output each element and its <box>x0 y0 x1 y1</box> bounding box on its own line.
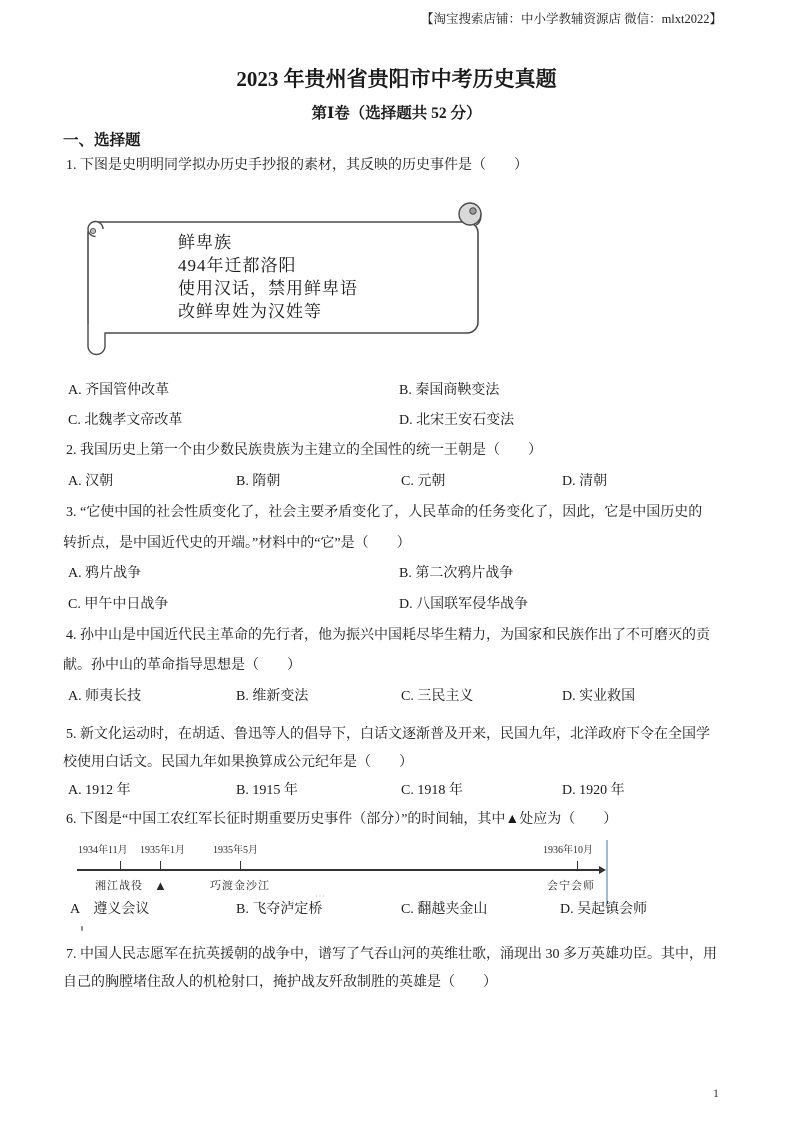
question-1-option-a: A. 齐国管仲改革 <box>68 382 169 400</box>
timeline-axis-line <box>77 869 601 871</box>
question-5-option-c: C. 1918 年 <box>401 782 463 800</box>
question-4-stem-line-2: 献。孙中山的革命指导思想是（ ） <box>63 657 301 675</box>
question-4-option-a: A. 师夷长技 <box>68 688 141 706</box>
question-4-option-d: D. 实业救国 <box>562 688 635 706</box>
timeline-date-1: 1934年11月 <box>78 845 128 856</box>
question-3-stem-line-1: 3. “它使中国的社会性质变化了，社会主要矛盾变化了，人民革命的任务变化了，因此… <box>66 504 702 522</box>
question-2-option-a: A. 汉朝 <box>68 473 113 491</box>
page-number: 1 <box>713 1086 719 1101</box>
question-3-option-d: D. 八国联军侵华战争 <box>399 596 528 614</box>
question-2-stem: 2. 我国历史上第一个由少数民族贵族为主建立的全国性的统一王朝是（ ） <box>66 442 542 460</box>
timeline-event-3: 巧渡金沙江 <box>210 880 270 893</box>
timeline-event-2-triangle-placeholder: ▲ <box>154 879 168 892</box>
timeline-event-1: 湘江战役 <box>95 880 143 893</box>
question-5-option-d: D. 1920 年 <box>562 782 625 800</box>
timeline-date-2: 1935年1月 <box>140 845 185 856</box>
question-2-option-d: D. 清朝 <box>562 473 607 491</box>
question-4-option-b: B. 维新变法 <box>236 688 308 706</box>
question-6-option-a: A 遵义会议 <box>70 901 149 919</box>
exam-document-page: 【淘宝搜索店铺：中小学教辅资源店 微信：mlxt2022】 2023 年贵州省贵… <box>0 0 793 1122</box>
question-1-option-d: D. 北宋王安石变法 <box>399 412 514 430</box>
scroll-line-1: 鲜卑族 <box>178 233 232 253</box>
page-title: 2023 年贵州省贵阳市中考历史真题 <box>0 67 793 92</box>
question-2-option-b: B. 隋朝 <box>236 473 280 491</box>
question-5-option-b: B. 1915 年 <box>236 782 298 800</box>
question-3-stem-line-2: 转折点，是中国近代史的开端。”材料中的“它”是（ ） <box>63 535 411 553</box>
page-subtitle: 第Ⅰ卷（选择题共 52 分） <box>0 104 793 123</box>
question-1-option-b: B. 秦国商鞅变法 <box>399 382 499 400</box>
section-heading: 一、选择题 <box>63 131 141 150</box>
scroll-line-3: 使用汉话，禁用鲜卑语 <box>178 279 358 299</box>
cursor-line <box>606 840 608 904</box>
scroll-line-4: 改鲜卑姓为汉姓等 <box>178 302 322 322</box>
timeline-date-4: 1936年10月 <box>543 845 593 856</box>
long-march-timeline-figure: 1934年11月 1935年1月 1935年5月 1936年10月 湘江战役 ▲… <box>0 838 793 906</box>
scan-artifact-mark <box>81 926 83 931</box>
question-1-option-c: C. 北魏孝文帝改革 <box>68 412 182 430</box>
question-4-stem-line-1: 4. 孙中山是中国近代民主革命的先行者，他为振兴中国耗尽毕生精力，为国家和民族作… <box>66 627 710 645</box>
question-2-option-c: C. 元朝 <box>401 473 445 491</box>
timeline-arrow <box>599 866 606 874</box>
question-1-stem: 1. 下图是史明明同学拟办历史手抄报的素材，其反映的历史事件是（ ） <box>66 157 528 175</box>
timeline-event-4: 会宁会师 <box>547 880 595 893</box>
question-6-option-c: C. 翻越夹金山 <box>401 901 487 919</box>
question-3-option-a: A. 鸦片战争 <box>68 565 141 583</box>
question-3-option-c: C. 甲午中日战争 <box>68 596 168 614</box>
question-6-option-d: D. 吴起镇会师 <box>560 901 647 919</box>
question-3-option-b: B. 第二次鸦片战争 <box>399 565 513 583</box>
timeline-date-3: 1935年5月 <box>213 845 258 856</box>
scroll-line-2: 494年迁都洛阳 <box>178 256 297 276</box>
question-5-stem-line-1: 5. 新文化运动时，在胡适、鲁迅等人的倡导下，白话文逐渐普及开来，民国九年，北洋… <box>66 726 710 744</box>
question-6-option-b: B. 飞夺泸定桥 <box>236 901 322 919</box>
question-7-stem-line-2: 自己的胸膛堵住敌人的机枪射口，掩护战友歼敌制胜的英雄是（ ） <box>63 974 497 992</box>
question-7-stem-line-1: 7. 中国人民志愿军在抗英援朝的战争中，谱写了气吞山河的英维壮歌，涌现出 30 … <box>66 946 717 964</box>
question-6-stem: 6. 下图是“中国工农红军长征时期重要历史事件（部分）”的时间轴，其中▲处应为（… <box>66 811 617 829</box>
question-5-stem-line-2: 校使用白话文。民国九年如果换算成公元纪年是（ ） <box>63 754 413 772</box>
shop-watermark-note: 【淘宝搜索店铺：中小学教辅资源店 微信：mlxt2022】 <box>421 12 722 27</box>
question-4-option-c: C. 三民主义 <box>401 688 473 706</box>
question-5-option-a: A. 1912 年 <box>68 782 131 800</box>
